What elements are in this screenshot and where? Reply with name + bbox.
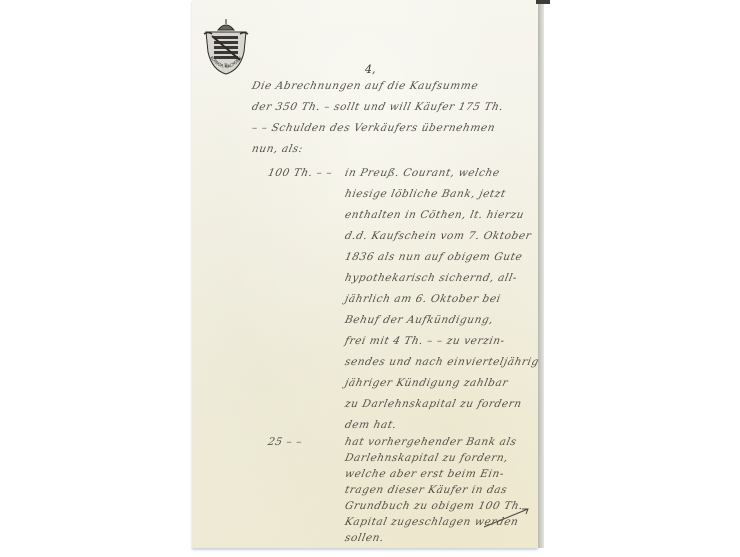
entry-1-line: enthalten in Cöthen, lt. hierzu (344, 209, 526, 221)
intro-line-4: nun, als: (251, 143, 304, 155)
entry-1-line: 1836 als nun auf obigem Gute (344, 251, 524, 263)
entry-1-line: jährlich am 6. Oktober bei (344, 293, 502, 305)
entry-1-line: in Preuß. Courant, welche (344, 167, 501, 179)
entry-1-line: hypothekarisch sichernd, all- (344, 272, 519, 284)
entry-2-line: hat vorhergehender Bank als (344, 436, 518, 448)
entry-2-line: tragen dieser Käufer in das (344, 484, 509, 496)
page-edge-shadow (538, 0, 544, 548)
entry-2-amount: 25 – – (267, 436, 304, 448)
intro-line-3: – – Schulden des Verkäufers übernehmen (251, 122, 497, 134)
entry-1-line: jähriger Kündigung zahlbar (344, 377, 510, 389)
entry-1-line: frei mit 4 Th. – – zu verzin- (344, 335, 506, 347)
entry-2-line: sollen. (344, 532, 386, 544)
entry-2-line: welche aber erst beim Ein- (344, 468, 506, 480)
entry-1-line: d.d. Kaufschein vom 7. Oktober (344, 230, 533, 242)
entry-1-line: Behuf der Aufkündigung, (344, 314, 495, 326)
corner-arrow-mark-icon (482, 505, 532, 530)
entry-1-line: hiesige löbliche Bank, jetzt (344, 188, 507, 200)
coat-of-arms-crown-icon: B KÖNIGR. SACHSEN (200, 18, 252, 78)
entry-1-line: zu Darlehnskapital zu fordern (344, 398, 523, 410)
entry-1-amount: 100 Th. – – (267, 167, 334, 179)
entry-2-line: Darlehnskapital zu fordern, (344, 452, 510, 464)
entry-1-line: dem hat. (344, 419, 398, 431)
intro-line-1: Die Abrechnungen auf die Kaufsumme (251, 80, 480, 92)
entry-1-line: sendes und nach einvierteljährig (344, 356, 540, 368)
page-marker: 4, (365, 63, 376, 76)
intro-line-2: der 350 Th. – sollt und will Käufer 175 … (251, 101, 505, 113)
page-edge-top-mark (536, 0, 550, 4)
